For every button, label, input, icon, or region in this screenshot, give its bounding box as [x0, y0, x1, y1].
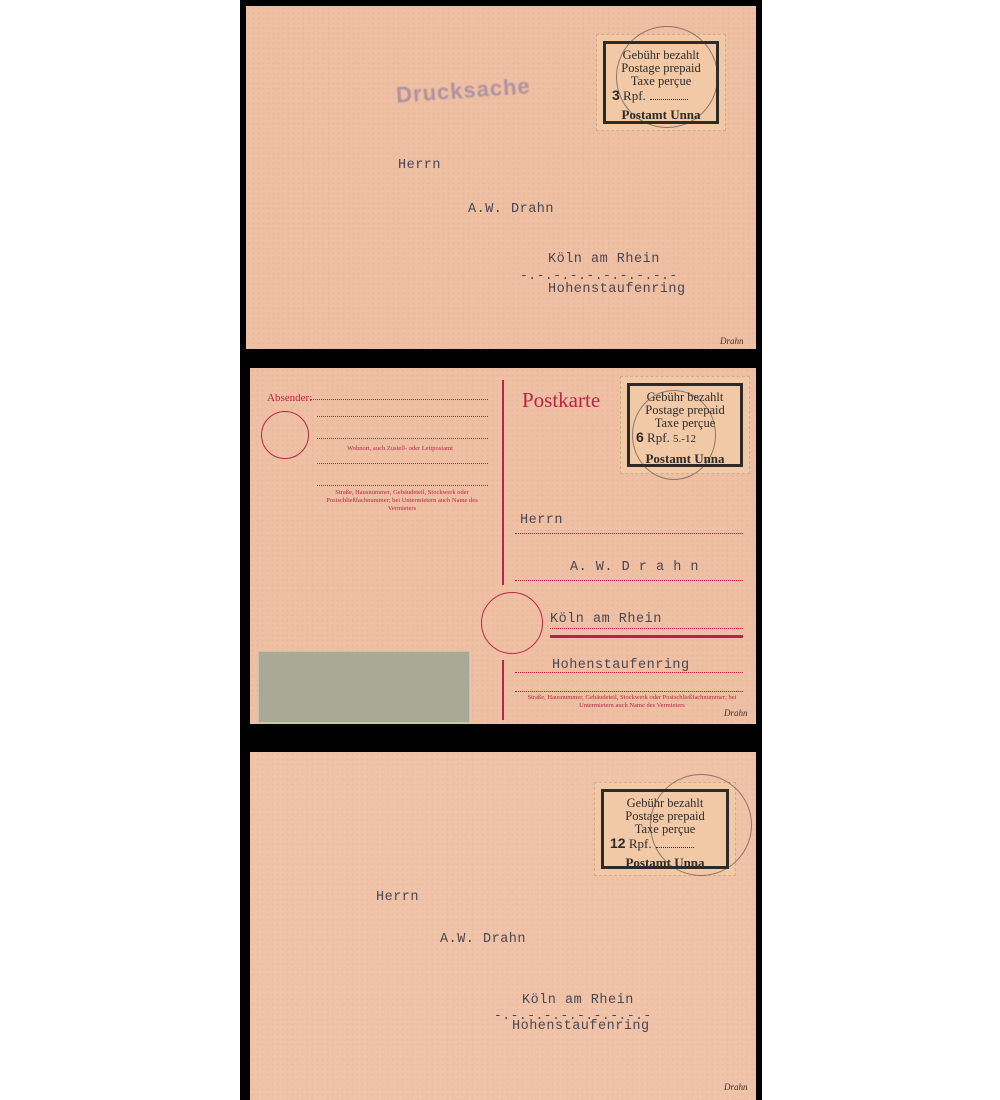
sender-circle [261, 411, 309, 459]
address-name: A.W. Drahn [468, 202, 554, 217]
address-salutation: Herrn [376, 890, 419, 905]
stamp-value: 3 [612, 87, 620, 103]
stamp-office: Postamt Unna [606, 108, 716, 121]
sender-hint-locality: Wohnort, auch Zustell- oder Leitpostamt [310, 445, 490, 453]
postage-stamp: Gebühr bezahlt Postage prepaid Taxe perç… [620, 376, 750, 474]
address-salutation: Herrn [520, 513, 563, 528]
postage-stamp: Gebühr bezahlt Postage prepaid Taxe perç… [596, 34, 726, 131]
address-name: A. W. D r a h n [570, 560, 699, 575]
divider-line-bottom [502, 660, 504, 720]
address-hint: Straße, Hausnummer, Gebäudeteil, Stockwe… [522, 694, 742, 710]
stamp-unit: Rpf. [629, 836, 652, 851]
drucksache-handstamp: Drucksache [395, 73, 531, 108]
address-street: Hohenstaufenring [552, 658, 690, 673]
collector-signature: Drahn [724, 708, 748, 718]
postmark-date: 5.-12 [673, 433, 696, 445]
stamp-unit: Rpf. [623, 88, 646, 103]
stamp-value: 12 [610, 835, 626, 851]
address-separator: -.-.-.-.-.-.-.-.-.- [520, 268, 678, 283]
address-city: Köln am Rhein [522, 993, 634, 1008]
stamp-office: Postamt Unna [630, 452, 740, 465]
glassine-window [258, 651, 470, 723]
postkarte-title: Postkarte [522, 388, 600, 413]
address-circle [481, 592, 543, 654]
collector-signature: Drahn [724, 1082, 748, 1092]
address-street: Hohenstaufenring [548, 282, 686, 297]
cover-envelope-2: Gebühr bezahlt Postage prepaid Taxe perç… [250, 752, 756, 1100]
stamp-value: 6 [636, 429, 644, 445]
sender-label: Absender: [267, 392, 312, 404]
divider-line-top [502, 380, 504, 585]
address-salutation: Herrn [398, 158, 441, 173]
cover-postcard: Absender: Wohnort, auch Zustell- oder Le… [250, 368, 756, 724]
stamp-unit: Rpf. [647, 430, 670, 445]
address-name: A.W. Drahn [440, 932, 526, 947]
postage-stamp: Gebühr bezahlt Postage prepaid Taxe perç… [594, 782, 736, 876]
sender-hint-street: Straße, Hausnummer, Gebäudeteil, Stockwe… [314, 489, 490, 513]
collector-signature: Drahn [720, 336, 744, 346]
address-street: Hohenstaufenring [512, 1019, 650, 1034]
stamp-office: Postamt Unna [604, 856, 726, 869]
address-city: Köln am Rhein [550, 612, 662, 627]
address-city: Köln am Rhein [548, 252, 660, 267]
cover-envelope-1: Drucksache Gebühr bezahlt Postage prepai… [246, 6, 756, 349]
stamp-line-3: Taxe perçue [606, 75, 716, 88]
stamp-line-3: Taxe perçue [630, 417, 740, 430]
city-underline [550, 635, 743, 638]
